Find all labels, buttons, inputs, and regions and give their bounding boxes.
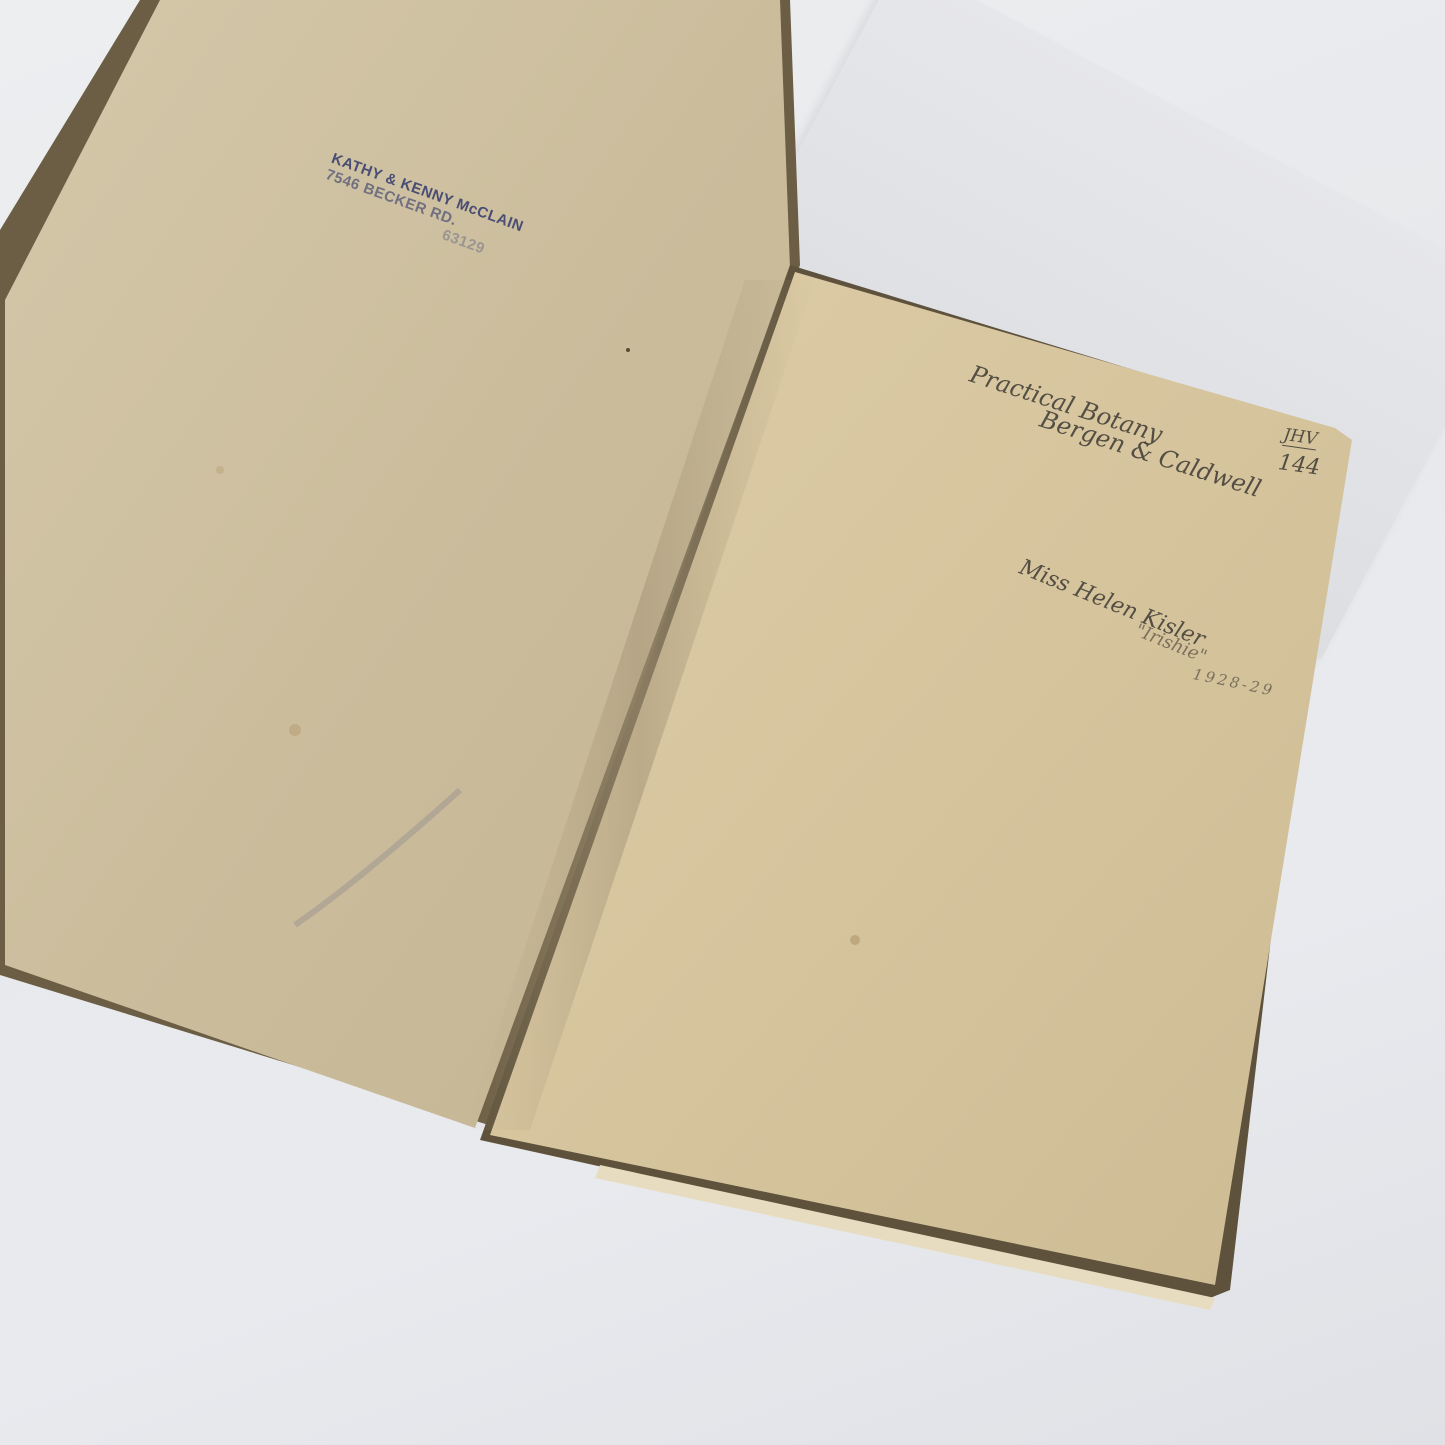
photo-scene: KATHY & KENNY McCLAIN 7546 BECKER RD. 63… [0, 0, 1445, 1445]
book-illustration [0, 0, 1445, 1445]
